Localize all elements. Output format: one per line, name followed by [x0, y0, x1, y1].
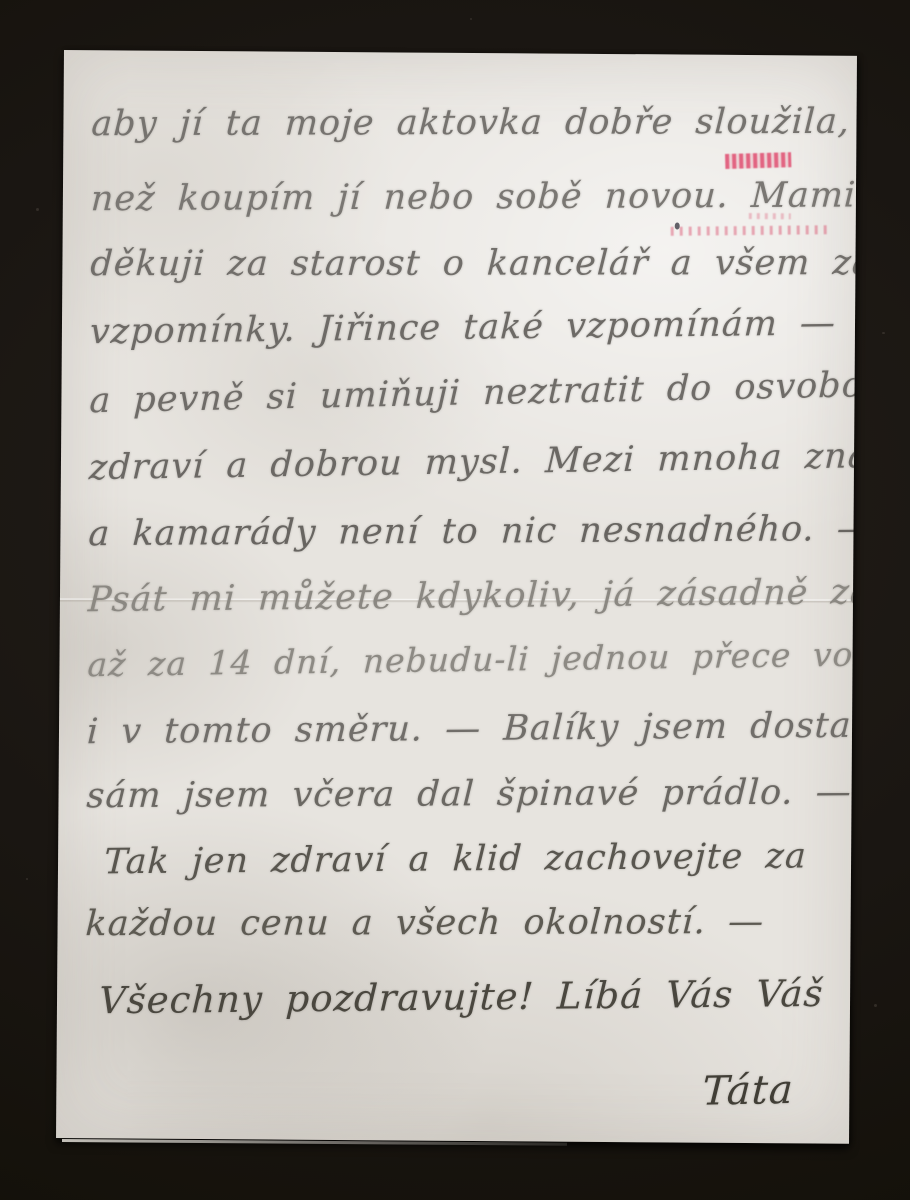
handwritten-line: děkuji za starost o kancelář a všem za [89, 243, 857, 284]
red-censor-mark [671, 225, 829, 236]
dust-speck [874, 1004, 877, 1007]
handwritten-line: až za 14 dní, nebudu-li jednou přece vol… [87, 634, 857, 684]
dust-speck [882, 332, 885, 334]
handwritten-line: vzpomínky. Jiřince také vzpomínám — [89, 303, 837, 352]
handwritten-line: a kamarády není to nic nesnadného. — [88, 509, 857, 554]
dust-speck [470, 18, 472, 20]
handwritten-line: než koupím jí nebo sobě novou. Mamičce [90, 175, 857, 219]
dust-speck [36, 208, 39, 211]
handwritten-line: a pevně si umiňuji neztratit do osvoboze… [89, 364, 857, 422]
handwritten-line: každou cenu a všech okolností. — [85, 902, 766, 944]
handwritten-line: zdraví a dobrou mysl. Mezi mnoha známými [88, 435, 857, 489]
handwritten-line: Všechny pozdravujte! Líbá Vás Váš [98, 973, 824, 1023]
letter-paper: aby jí ta moje aktovka dobře sloužila, n… [56, 50, 857, 1144]
handwritten-line: sám jsem včera dal špinavé prádlo. — [86, 772, 853, 816]
handwritten-line: Psát mi můžete kdykoliv, já zásadně zase [87, 572, 857, 621]
handwritten-line: aby jí ta moje aktovka dobře sloužila, [90, 102, 851, 145]
signature: Táta [701, 1067, 795, 1115]
handwritten-line: Tak jen zdraví a klid zachovejte za [103, 836, 808, 882]
red-censor-mark [725, 152, 791, 169]
dust-speck [26, 878, 28, 880]
ink-spot [675, 222, 680, 229]
handwritten-line: i v tomto směru. — Balíky jsem dostal ob… [86, 705, 857, 753]
photo-background: aby jí ta moje aktovka dobře sloužila, n… [0, 0, 910, 1200]
